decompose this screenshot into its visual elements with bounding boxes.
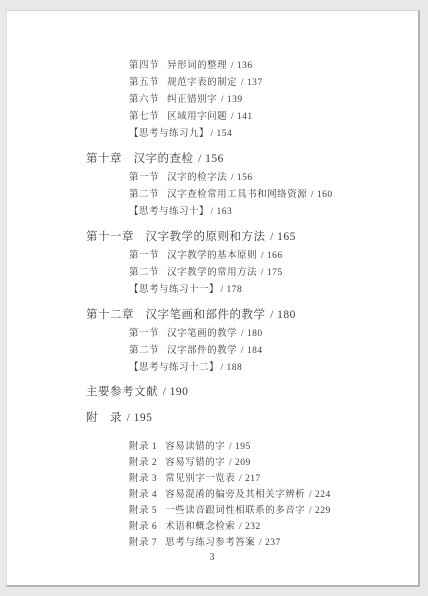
toc-line-appendix: 附录 6术语和概念检索/ 232 <box>7 519 418 535</box>
toc-line-exercise: 【思考与练习十二】/ 188 <box>7 360 418 377</box>
toc-line-back: 附 录/ 195 <box>7 407 418 429</box>
toc-line-exercise: 【思考与练习十一】/ 178 <box>7 282 418 299</box>
toc-line-section: 第五节规范字表的制定/ 137 <box>7 75 418 92</box>
toc-line-exercise: 【思考与练习九】/ 154 <box>7 126 418 143</box>
toc-line-section: 第六节纠正错别字/ 139 <box>7 92 418 109</box>
toc-line-chapter: 第十一章汉字教学的原则和方法/ 165 <box>7 226 418 248</box>
toc-list: 第四节异形词的整理/ 136第五节规范字表的制定/ 137第六节纠正错别字/ 1… <box>7 11 418 551</box>
toc-line-back: 主要参考文献/ 190 <box>7 381 418 403</box>
toc-line-section: 第二节汉字教学的常用方法/ 175 <box>7 265 418 282</box>
toc-line-section: 第四节异形词的整理/ 136 <box>7 58 418 75</box>
page-number: 3 <box>7 552 418 563</box>
toc-line-section: 第一节汉字的检字法/ 156 <box>7 170 418 187</box>
toc-line-section: 第一节汉字教学的基本原则/ 166 <box>7 248 418 265</box>
toc-line-chapter: 第十二章汉字笔画和部件的教学/ 180 <box>7 304 418 326</box>
toc-line-appendix: 附录 4容易混淆的偏旁及其相关字辨析/ 224 <box>7 487 418 503</box>
toc-line-appendix: 附录 7思考与练习参考答案/ 237 <box>7 535 418 551</box>
toc-line-appendix: 附录 1容易读错的字/ 195 <box>7 439 418 455</box>
toc-line-chapter: 第十章汉字的查检/ 156 <box>7 148 418 170</box>
toc-line-appendix: 附录 5一些读音跟词性相联系的多音字/ 229 <box>7 503 418 519</box>
toc-line-exercise: 【思考与练习十】/ 163 <box>7 204 418 221</box>
toc-line-section: 第二节汉字部件的教学/ 184 <box>7 343 418 360</box>
toc-line-section: 第二节汉字查检常用工具书和网络资源/ 160 <box>7 187 418 204</box>
toc-line-section: 第一节汉字笔画的教学/ 180 <box>7 326 418 343</box>
toc-line-appendix: 附录 3常见别字一览表/ 217 <box>7 471 418 487</box>
scanned-book-page: 第四节异形词的整理/ 136第五节规范字表的制定/ 137第六节纠正错别字/ 1… <box>6 10 420 587</box>
toc-line-section: 第七节区域用字问题/ 141 <box>7 109 418 126</box>
toc-line-appendix: 附录 2容易写错的字/ 209 <box>7 455 418 471</box>
